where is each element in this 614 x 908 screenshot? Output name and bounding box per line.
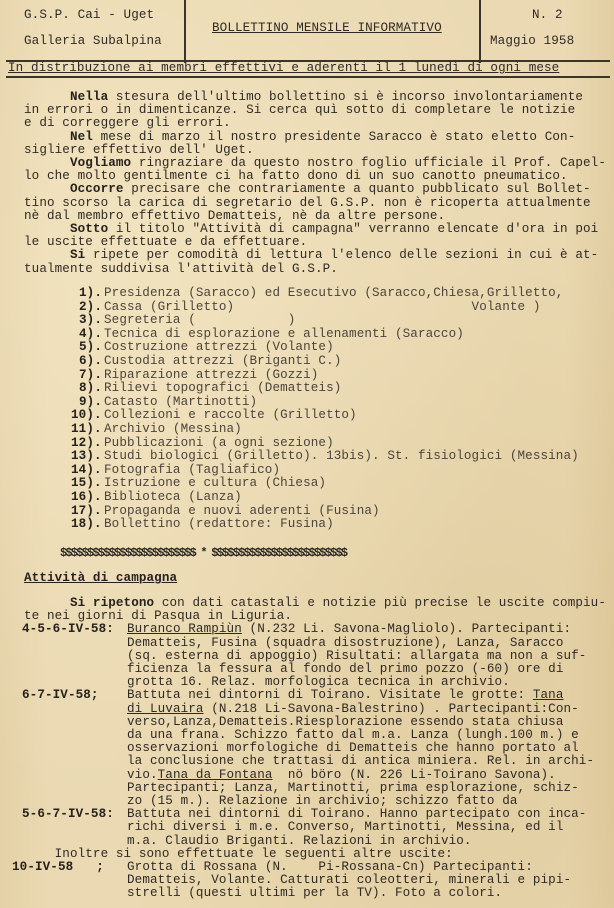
lead-word: Si ripetono — [70, 596, 154, 610]
campaign-heading: Attività di campagna — [24, 572, 177, 585]
line-text: (N.218 Li-Savona-Balestrino) . Partecipa… — [204, 702, 579, 716]
cave-name: Tana da Fontana — [158, 768, 273, 782]
outing-detail-line: la conclusione che trattasi di antica mi… — [127, 755, 594, 768]
section-label: Archivio (Messina) — [104, 423, 242, 436]
outing-detail-line: zo (15 m.). Relazione in archivio; schiz… — [127, 795, 518, 808]
section-number: 14). — [71, 464, 102, 477]
line-text: osservazioni morfologiche di Dematteis c… — [127, 741, 579, 755]
header-divider-left — [184, 0, 186, 63]
issue-date: Maggio 1958 — [490, 35, 574, 48]
section-label: Cassa (Grilletto) Volante ) — [104, 301, 540, 314]
section-label: Bollettino (redattore: Fusina) — [104, 518, 334, 531]
campaign-intro-line: Si ripetono con dati catastali e notizie… — [24, 597, 606, 610]
campaign-intro-line: te nei giorni di Pasqua in Liguria. — [24, 610, 292, 623]
outing-detail-line: Dematteis, Volante. Catturati coleotteri… — [127, 874, 571, 887]
intro-line: tino scorso la carica di segretario del … — [24, 197, 591, 210]
section-number: 6). — [79, 355, 102, 368]
section-number: 9). — [79, 396, 102, 409]
section-label: Riparazione attrezzi (Gozzi) — [104, 369, 318, 382]
outing-detail-line: osservazioni morfologiche di Dematteis c… — [127, 742, 579, 755]
section-label: Tecnica di esplorazione e allenamenti (S… — [104, 328, 464, 341]
line-text: Battuta nei dintorni di Toirano. Visitat… — [127, 688, 533, 702]
section-number: 17). — [71, 505, 102, 518]
outing-detail-line: di Luvaira (N.218 Li-Savona-Balestrino) … — [127, 703, 579, 716]
outing-detail-line: Battuta nei dintorni di Toirano. Visitat… — [127, 689, 564, 702]
section-number: 8). — [79, 382, 102, 395]
intro-line: Nella stesura dell'ultimo bollettino si … — [24, 91, 583, 104]
section-label: Istruzione e cultura (Chiesa) — [104, 477, 326, 490]
section-number: 13). — [71, 450, 102, 463]
section-number: 18). — [71, 518, 102, 531]
line-text: zo (15 m.). Relazione in archivio; schiz… — [127, 794, 518, 808]
line-text: grotta 16. Relaz. morfologica tecnica in… — [127, 675, 510, 689]
section-number: 2). — [79, 301, 102, 314]
section-label: Custodia attrezzi (Briganti C.) — [104, 355, 341, 368]
outing-detail-line: Dematteis, Fusina (squadra disostruzione… — [127, 637, 563, 650]
section-number: 10). — [71, 409, 102, 422]
outing-detail-line: Buranco Rampiùn (N.232 Li. Savona-Maglio… — [127, 623, 571, 636]
outing-detail-line: richi diversi i m.e. Converso, Martinott… — [127, 821, 563, 834]
other-outings-intro: Inoltre si sono effettuate le seguenti a… — [24, 848, 453, 861]
lead-word: Occorre — [70, 182, 124, 196]
outing-detail-line: da una frana. Schizzo fatto dal m.a. Lan… — [127, 729, 579, 742]
line-text: richi diversi i m.e. Converso, Martinott… — [127, 820, 563, 834]
bulletin-title: BOLLETTINO MENSILE INFORMATIVO — [212, 22, 442, 35]
section-number: 1). — [79, 287, 102, 300]
outing-detail-line: ficienza la fessura al fondo del primo p… — [127, 663, 563, 676]
section-number: 4). — [79, 328, 102, 341]
lead-word: Si — [70, 248, 85, 262]
lead-word: Sotto — [70, 222, 108, 236]
issue-number: N. 2 — [532, 9, 563, 22]
intro-line: Sotto il titolo "Attività di campagna" v… — [24, 223, 598, 236]
intro-line: tualmente suddivisa l'attività del G.S.P… — [24, 263, 338, 276]
intro-line: lo che molto gentilmente ci ha fatto don… — [24, 170, 568, 183]
lead-word: Nel — [70, 130, 93, 144]
section-number: 15). — [71, 477, 102, 490]
line-text: Battuta nei dintorni di Toirano. Hanno p… — [127, 807, 586, 821]
intro-line: Nel mese di marzo il nostro presidente S… — [24, 131, 575, 144]
org-location: Galleria Subalpina — [24, 35, 162, 48]
bulletin-page: G.S.P. Cai - Uget Galleria Subalpina BOL… — [0, 0, 614, 908]
section-number: 11). — [71, 423, 102, 436]
outing-detail-line: Grotta di Rossana (N. Pi-Rossana-Cn) Par… — [127, 861, 533, 874]
intro-line: Vogliamo ringraziare da questo nostro fo… — [24, 157, 606, 170]
outing-date: 5-6-7-IV-58: — [22, 808, 114, 821]
section-label: Presidenza (Saracco) ed Esecutivo (Sarac… — [104, 287, 563, 300]
section-label: Costruzione attrezzi (Volante) — [104, 341, 334, 354]
outing-date: 4-5-6-IV-58: — [22, 623, 114, 636]
line-text: strelli (questi ultimi per la TV). Foto … — [127, 886, 502, 900]
line-text: nö böro (N. 226 Li-Toirano Savona). — [273, 768, 556, 782]
distribution-note: In distribuzione ai membri effettivi e a… — [8, 62, 559, 75]
intro-line: e di correggere gli errori. — [24, 117, 231, 130]
section-label: Biblioteca (Lanza) — [104, 491, 242, 504]
section-label: Collezioni e raccolte (Grilletto) — [104, 409, 357, 422]
section-label: Segreteria ( ) — [104, 314, 295, 327]
section-number: 7). — [79, 369, 102, 382]
intro-line: nè dal membro effettivo Dematteis, nè da… — [24, 210, 445, 223]
line-text: Dematteis, Fusina (squadra disostruzione… — [127, 636, 563, 650]
section-number: 3). — [79, 314, 102, 327]
section-label: Catasto (Martinotti) — [104, 396, 257, 409]
line-text: vio. — [127, 768, 158, 782]
lead-word: Vogliamo — [70, 156, 131, 170]
section-number: 12). — [71, 437, 102, 450]
outing-date: 6-7-IV-58; — [22, 689, 99, 702]
line-text: (sq. esterna di appoggio) Risultati: all… — [127, 649, 586, 663]
intro-line: Si ripete per comodità di lettura l'elen… — [24, 249, 598, 262]
outing-detail-line: Partecipanti; Lanza, Martinotti, prima e… — [127, 782, 579, 795]
outing-detail-line: Battuta nei dintorni di Toirano. Hanno p… — [127, 808, 586, 821]
lead-word: Nella — [70, 90, 108, 104]
section-label: Rilievi topografici (Dematteis) — [104, 382, 341, 395]
section-label: Pubblicazioni (a ogni sezione) — [104, 437, 334, 450]
outing-detail-line: verso,Lanza,Dematteis.Riesplorazione ess… — [127, 716, 563, 729]
outing-detail-line: grotta 16. Relaz. morfologica tecnica in… — [127, 676, 510, 689]
intro-line: Occorre precisare che contrariamente a q… — [24, 183, 591, 196]
line-text: la conclusione che trattasi di antica mi… — [127, 754, 594, 768]
line-text: Grotta di Rossana (N. Pi-Rossana-Cn) Par… — [127, 860, 533, 874]
section-label: Propaganda e nuovi aderenti (Fusina) — [104, 505, 380, 518]
header-rule-bottom — [6, 76, 610, 78]
outing-date: 10-IV-58 ; — [12, 861, 104, 874]
line-text: da una frana. Schizzo fatto dal m.a. Lan… — [127, 728, 579, 742]
org-name: G.S.P. Cai - Uget — [24, 9, 154, 22]
line-text: ficienza la fessura al fondo del primo p… — [127, 662, 563, 676]
line-text: Dematteis, Volante. Catturati coleotteri… — [127, 873, 571, 887]
section-number: 5). — [79, 341, 102, 354]
cave-name: Buranco Rampiùn — [127, 622, 242, 636]
header-divider-right — [479, 0, 481, 63]
outing-detail-line: m.a. Claudio Briganti. Relazioni in arch… — [127, 835, 472, 848]
intro-line: le uscite effettuate e da effettuare. — [24, 236, 307, 249]
section-number: 16). — [71, 491, 102, 504]
cave-name: Tana — [533, 688, 564, 702]
line-text: (N.232 Li. Savona-Magliolo). Partecipant… — [242, 622, 571, 636]
separator-line: $$$$$$$$$$$$$$$$$$$$$$$$$ * $$$$$$$$$$$$… — [60, 546, 346, 560]
intro-line: sigliere effettivo dell' Uget. — [24, 144, 254, 157]
line-text: Partecipanti; Lanza, Martinotti, prima e… — [127, 781, 579, 795]
line-text: verso,Lanza,Dematteis.Riesplorazione ess… — [127, 715, 563, 729]
section-label: Fotografia (Tagliafico) — [104, 464, 280, 477]
section-label: Studi biologici (Grilletto). 13bis). St.… — [104, 450, 579, 463]
outing-detail-line: vio.Tana da Fontana nö böro (N. 226 Li-T… — [127, 769, 556, 782]
outing-detail-line: (sq. esterna di appoggio) Risultati: all… — [127, 650, 586, 663]
intro-line: in errori o in dimenticanze. Si cerca qu… — [24, 104, 575, 117]
outing-detail-line: strelli (questi ultimi per la TV). Foto … — [127, 887, 502, 900]
cave-name: di Luvaira — [127, 702, 204, 716]
line-text: m.a. Claudio Briganti. Relazioni in arch… — [127, 834, 472, 848]
